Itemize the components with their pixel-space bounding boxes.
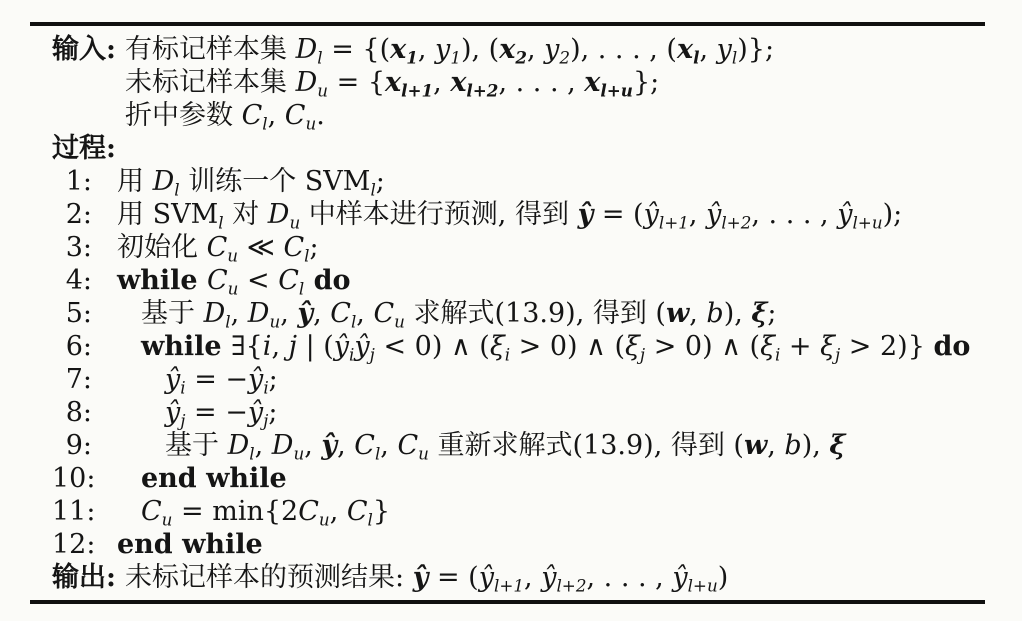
text-segment: y1 — [435, 34, 461, 65]
text-segment: = − — [186, 364, 248, 395]
text-segment: ; — [376, 166, 385, 197]
text-segment: SVMl — [153, 199, 224, 230]
text-segment: ξi — [760, 331, 780, 362]
text-segment: 对 — [224, 199, 268, 230]
step-content: end while — [117, 462, 287, 495]
subscript: u — [418, 443, 429, 463]
text-segment: 未标记样本集 — [125, 67, 296, 98]
text-segment: , — [255, 430, 272, 461]
algo-step-3: 3:初始化 Cu ≪ Cl; — [52, 231, 963, 264]
text-segment: yl — [717, 34, 738, 65]
text-segment: ≪ — [238, 232, 283, 263]
step-content: 用 SVMl 对 Du 中样本进行预测, 得到 ŷ = (ŷl+1, ŷl+2,… — [117, 198, 902, 231]
text-segment: ξj — [820, 331, 840, 362]
algo-step-1: 1:用 Dl 训练一个 SVMl; — [52, 165, 963, 198]
algo-step-9: 9:基于 Dl, Du, ŷ, Cl, Cu 重新求解式(13.9), 得到 (… — [52, 429, 963, 462]
text-segment: end while — [141, 463, 287, 494]
text-segment: ; — [310, 232, 319, 263]
text-segment: ); — [883, 199, 903, 230]
algo-step-11: 11:Cu = min{2Cu, Cl} — [52, 495, 963, 528]
text-segment: = ( — [593, 199, 643, 230]
text-segment: 中样本进行预测, 得到 — [300, 199, 577, 230]
step-number: 1: — [52, 165, 92, 198]
text-segment: = − — [185, 397, 247, 428]
text-segment: Cu — [207, 265, 238, 296]
text-segment: , . . . , — [498, 67, 584, 98]
text-segment: 初始化 — [117, 232, 207, 263]
text-segment: } — [373, 496, 390, 527]
text-segment: ), — [724, 298, 752, 329]
subscript: l+u — [852, 212, 882, 232]
text-segment: > 0) ∧ ( — [645, 331, 760, 362]
text-segment: ŷ — [297, 298, 313, 329]
text-segment: , — [337, 430, 354, 461]
text-segment: Dl — [153, 166, 180, 197]
step-content: 基于 Dl, Du, ŷ, Cl, Cu 求解式(13.9), 得到 (w, b… — [117, 297, 777, 330]
step-number: 10: — [52, 462, 92, 495]
text-segment: ), ( — [461, 34, 499, 65]
subscript: l+2 — [556, 575, 586, 595]
step-content: 基于 Dl, Du, ŷ, Cl, Cu 重新求解式(13.9), 得到 (w,… — [117, 429, 845, 462]
text-segment: ; — [767, 298, 776, 329]
text-segment: < 0) ∧ ( — [375, 331, 490, 362]
subscript: u — [228, 278, 239, 298]
subscript: l+1 — [494, 575, 524, 595]
text-segment: , — [231, 298, 248, 329]
subscript: u — [227, 245, 238, 265]
step-number: 7: — [52, 363, 92, 396]
text-segment: , — [304, 430, 321, 461]
text-segment: Cu — [207, 232, 238, 263]
subscript: l+2 — [721, 212, 751, 232]
text-segment: while — [117, 265, 207, 296]
text-segment: , — [689, 199, 706, 230]
step-content: 初始化 Cu ≪ Cl; — [117, 231, 319, 264]
step-content: end while — [117, 528, 263, 561]
text-segment: Du — [248, 298, 280, 329]
text-segment: Dl — [296, 34, 323, 65]
text-segment: ŷj — [165, 397, 185, 428]
text-segment: w — [666, 298, 689, 329]
text-segment: ŷl+1 — [644, 199, 689, 230]
step-content: while ∃{i, j | (ŷiŷj < 0) ∧ (ξi > 0) ∧ (… — [117, 330, 970, 363]
text-segment: 用 — [117, 166, 153, 197]
text-segment: ξi — [490, 331, 510, 362]
text-segment: , — [268, 100, 285, 131]
text-segment: xl — [677, 34, 699, 65]
text-segment: Cl — [278, 265, 304, 296]
text-segment: Du — [272, 430, 304, 461]
text-segment: ŷi — [165, 364, 186, 395]
algo-step-5: 5:基于 Dl, Du, ŷ, Cl, Cu 求解式(13.9), 得到 (w,… — [52, 297, 963, 330]
text-segment: Cu — [298, 496, 329, 527]
text-segment: do — [933, 331, 970, 362]
text-segment: Cu — [141, 496, 172, 527]
text-segment: , — [433, 67, 450, 98]
text-segment: Cl — [347, 496, 373, 527]
text-segment: b — [706, 298, 723, 329]
text-segment: b — [784, 430, 801, 461]
step-content: while Cu < Cl do — [117, 264, 351, 297]
algo-step-2: 2:用 SVMl 对 Du 中样本进行预测, 得到 ŷ = (ŷl+1, ŷl+… — [52, 198, 963, 231]
subscript: u — [319, 509, 330, 529]
text-segment: Du — [296, 67, 328, 98]
text-segment: ξ — [829, 430, 845, 461]
text-segment: , — [767, 430, 784, 461]
text-segment: while — [141, 331, 231, 362]
text-segment: ŷj — [248, 397, 268, 428]
text-segment: ŷi — [334, 331, 355, 362]
text-segment: , . . . , — [586, 562, 672, 593]
subscript: u — [317, 80, 328, 100]
step-number: 2: — [52, 198, 92, 231]
text-segment: Cl — [330, 298, 356, 329]
algo-step-4: 4:while Cu < Cl do — [52, 264, 963, 297]
text-segment: Cl — [242, 100, 268, 131]
text-segment: | ( — [297, 331, 334, 362]
subscript: u — [289, 212, 300, 232]
text-segment: x2 — [499, 34, 527, 65]
scanned-page: 输入: 有标记样本集 Dl = {(x1, y1), (x2, y2), . .… — [0, 0, 1022, 621]
algo-step-8: 8:ŷj = −ŷj; — [52, 396, 963, 429]
text-segment: xl+1 — [385, 67, 433, 98]
text-segment: ) — [718, 562, 729, 593]
text-segment: ŷl+u — [672, 562, 717, 593]
text-segment: , — [380, 430, 397, 461]
text-segment: . — [316, 100, 325, 131]
input-line-2: 未标记样本集 Du = {xl+1, xl+2, . . . , xl+u}; — [125, 66, 774, 99]
step-content: 用 Dl 训练一个 SVMl; — [117, 165, 385, 198]
text-segment: > 0) ∧ ( — [510, 331, 625, 362]
algo-step-6: 6:while ∃{i, j | (ŷiŷj < 0) ∧ (ξi > 0) ∧… — [52, 330, 963, 363]
text-segment: 求解式(13.9), 得到 ( — [405, 298, 666, 329]
text-segment: ŷl+2 — [541, 562, 586, 593]
subscript: l+1 — [659, 212, 689, 232]
text-segment: Du — [268, 199, 300, 230]
input-lines: 有标记样本集 Dl = {(x1, y1), (x2, y2), . . . ,… — [125, 33, 774, 132]
text-segment: , — [330, 496, 347, 527]
step-number: 8: — [52, 396, 92, 429]
text-segment: 有标记样本集 — [125, 34, 296, 65]
text-segment: end while — [117, 529, 263, 560]
subscript: 1 — [406, 47, 418, 67]
text-segment: Cu — [373, 298, 404, 329]
step-number: 5: — [52, 297, 92, 330]
text-segment: 用 — [117, 199, 153, 230]
text-segment: ξj — [625, 331, 645, 362]
text-segment: ŷj — [354, 331, 374, 362]
text-segment: + — [780, 331, 820, 362]
subscript: l+u — [688, 575, 718, 595]
algo-step-12: 12:end while — [52, 528, 963, 561]
text-segment: ŷi — [248, 364, 269, 395]
subscript: u — [394, 311, 405, 331]
subscript: l+2 — [466, 80, 498, 100]
algo-step-10: 10:end while — [52, 462, 963, 495]
input-label: 输入: — [52, 33, 125, 66]
text-segment: }; — [633, 67, 659, 98]
input-line-1: 有标记样本集 Dl = {(x1, y1), (x2, y2), . . . ,… — [125, 33, 774, 66]
subscript: 1 — [450, 47, 461, 67]
text-segment: , — [699, 34, 716, 65]
algorithm-box: 输入: 有标记样本集 Dl = {(x1, y1), (x2, y2), . .… — [30, 22, 985, 604]
subscript: l+u — [600, 80, 633, 100]
text-segment: , — [280, 298, 297, 329]
text-segment: ŷ — [321, 430, 337, 461]
text-segment: 未标记样本的预测结果: — [125, 562, 413, 593]
step-number: 6: — [52, 330, 92, 363]
text-segment: 训练一个 — [180, 166, 305, 197]
step-content: ŷi = −ŷi; — [117, 363, 278, 396]
text-segment: ŷl+1 — [479, 562, 524, 593]
text-segment: = {( — [323, 34, 391, 65]
step-number: 4: — [52, 264, 92, 297]
text-segment: , — [524, 562, 541, 593]
step-number: 9: — [52, 429, 92, 462]
text-segment: , — [313, 298, 330, 329]
subscript: l+1 — [401, 80, 433, 100]
text-segment: x1 — [390, 34, 418, 65]
step-number: 12: — [52, 528, 92, 561]
text-segment: > 2)} — [840, 331, 933, 362]
algo-step-7: 7:ŷi = −ŷi; — [52, 363, 963, 396]
text-segment: , — [271, 331, 288, 362]
output-label: 输出: — [52, 561, 125, 594]
text-segment: xl+2 — [450, 67, 498, 98]
subscript: 2 — [559, 47, 570, 67]
subscript: 2 — [515, 47, 527, 67]
text-segment: ; — [269, 364, 278, 395]
step-content: ŷj = −ŷj; — [117, 396, 277, 429]
process-label: 过程: — [52, 132, 963, 165]
subscript: u — [269, 311, 280, 331]
text-segment: Cu — [397, 430, 428, 461]
text-segment: , — [689, 298, 706, 329]
text-segment: j — [289, 331, 297, 362]
text-segment: ŷ — [578, 199, 594, 230]
steps-list: 1:用 Dl 训练一个 SVMl;2:用 SVMl 对 Du 中样本进行预测, … — [52, 165, 963, 561]
text-segment: 重新求解式(13.9), 得到 ( — [429, 430, 744, 461]
text-segment: , — [356, 298, 373, 329]
text-segment: Cl — [354, 430, 380, 461]
text-segment: Cl — [283, 232, 309, 263]
text-segment: y2 — [544, 34, 570, 65]
text-segment: 基于 — [141, 298, 204, 329]
text-segment: ; — [268, 397, 277, 428]
text-segment: = ( — [428, 562, 478, 593]
input-line-3: 折中参数 Cl, Cu. — [125, 99, 774, 132]
text-segment: Dl — [204, 298, 231, 329]
text-segment: = { — [328, 67, 385, 98]
text-segment: xl+u — [584, 67, 633, 98]
output-block: 输出: 未标记样本的预测结果: ŷ = (ŷl+1, ŷl+2, . . . ,… — [52, 561, 963, 594]
text-segment: w — [744, 430, 767, 461]
step-content: Cu = min{2Cu, Cl} — [117, 495, 390, 528]
text-segment: ŷl+2 — [706, 199, 751, 230]
text-segment: do — [304, 265, 350, 296]
input-block: 输入: 有标记样本集 Dl = {(x1, y1), (x2, y2), . .… — [52, 33, 963, 132]
subscript: u — [305, 113, 316, 133]
text-segment: 基于 — [165, 430, 228, 461]
text-segment: ŷ — [413, 562, 429, 593]
text-segment: ξ — [751, 298, 767, 329]
text-segment: ), — [802, 430, 830, 461]
output-line: 未标记样本的预测结果: ŷ = (ŷl+1, ŷl+2, . . . , ŷl+… — [125, 561, 728, 594]
step-number: 3: — [52, 231, 92, 264]
step-number: 11: — [52, 495, 92, 528]
text-segment: , . . . , — [751, 199, 837, 230]
text-segment: = min{2 — [172, 496, 298, 527]
subscript: u — [293, 443, 304, 463]
text-segment: , — [527, 34, 544, 65]
text-segment: ŷl+u — [837, 199, 882, 230]
text-segment: Dl — [228, 430, 255, 461]
text-segment: ), . . . , ( — [570, 34, 677, 65]
text-segment: 折中参数 — [125, 100, 242, 131]
text-segment: SVMl — [305, 166, 376, 197]
text-segment: , — [418, 34, 435, 65]
text-segment: )}; — [737, 34, 774, 65]
subscript: u — [162, 509, 173, 529]
text-segment: ∃{ — [231, 331, 263, 362]
text-segment: Cu — [285, 100, 316, 131]
text-segment: < — [238, 265, 278, 296]
